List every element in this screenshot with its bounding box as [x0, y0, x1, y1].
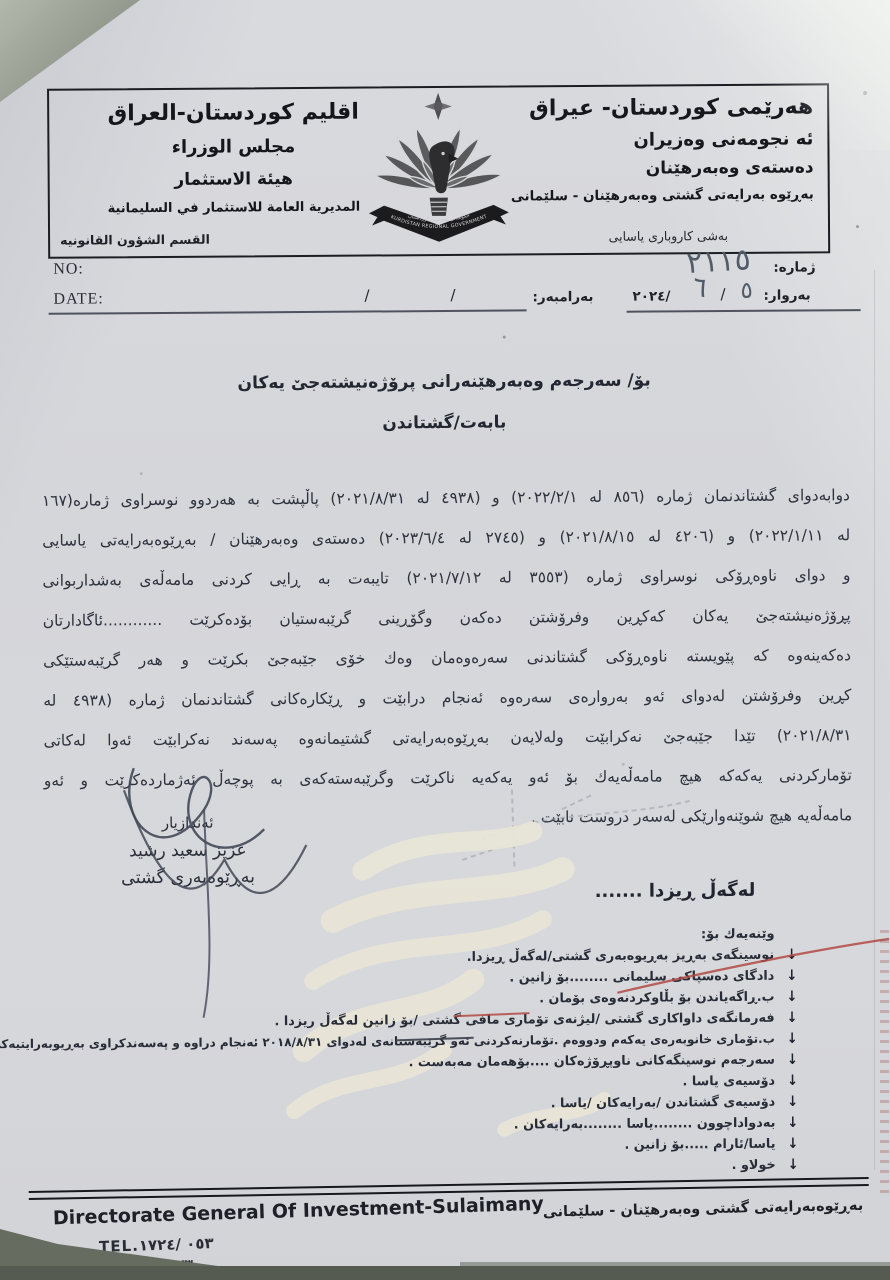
kurdish-legal-affairs-section: بەشی کاروباری یاسایی	[609, 228, 729, 244]
scanned-letter-photo: هەرێمی کوردستان- عیراق ئە نجومەنی وەزیرا…	[0, 0, 890, 1280]
footer-kurdish-name: بەڕێوەبەرایەتی گشتی وەبەرهێنان - سلێمانی	[543, 1198, 864, 1221]
slash-left-1: /	[364, 287, 369, 305]
date-blank-line	[49, 309, 527, 314]
copy-item-text: دۆسیەی گشتاندن /بەرایەکان /یاسا .	[551, 1095, 776, 1112]
body-line: پڕۆژەنیشتەجێ یەکان کەکڕین وفرۆشتن دەکەن …	[43, 595, 851, 641]
arabic-directorate-line: المديرية العامة للاستثمار في السليمانية	[64, 199, 404, 216]
red-pen-curve	[603, 929, 890, 1011]
date-slash: /	[720, 285, 725, 303]
scan-speck	[622, 763, 625, 766]
arrow-bullet-icon: ↓	[788, 1153, 799, 1176]
page-edge-marks	[880, 925, 889, 1193]
scan-speck	[503, 336, 506, 339]
arabic-legal-affairs-department: القسم الشؤون القانونيه	[60, 232, 210, 248]
background-floor-bottom	[0, 1266, 890, 1280]
arrow-bullet-icon: ↓	[787, 1049, 798, 1072]
date-label: DATE:	[53, 290, 103, 308]
tel-number: ٠٥٣ /١٧٢٤	[139, 1234, 214, 1254]
printed-year: /٢٠٢٤	[632, 288, 670, 304]
paper-fold-edge	[874, 270, 876, 1170]
arrow-bullet-icon: ↓	[787, 1007, 798, 1030]
barwar-label: بەروار:	[763, 287, 810, 303]
arabic-investment-board: هيئة الاستثمار	[64, 168, 404, 190]
scan-speck	[140, 472, 143, 475]
letterhead-arabic-column: اقليم كوردستان-العراق مجلس الوزراء هيئة …	[63, 99, 404, 216]
zhmara-label: ژمارە:	[773, 259, 815, 275]
slash-left-2: /	[450, 286, 455, 304]
subject-line: بابەت/گشتاندن	[0, 410, 889, 436]
body-line: دوابەدوای گشتاندنمان ژمارە (٨٥٦ لە ٢٠٢٢/…	[42, 475, 850, 521]
date-underline-right	[627, 309, 861, 312]
copy-item: ↓خولاو .	[0, 1155, 799, 1183]
body-line: کڕین وفرۆشتن لەدوای ئەو بەروارەی سەرەوە …	[43, 675, 851, 721]
body-line: لە ٢٠٢٢/١/١١) و (٤٢٠٦ لە ٢٠٢١/٨/١٥) و (٢…	[42, 515, 850, 561]
handwritten-day: ٥	[740, 278, 753, 304]
copy-item-text: یاسا/ئارام .....بۆ زانین .	[624, 1137, 775, 1153]
copy-item-text: دۆسیەی یاسا .	[682, 1074, 775, 1090]
arrow-bullet-icon: ↓	[787, 1028, 798, 1051]
arrow-bullet-icon: ↓	[787, 1069, 798, 1092]
arabic-region-title: اقليم كوردستان-العراق	[63, 99, 403, 126]
krg-eagle-emblem: حکومەتی هەرێمی کوردستان KURDISTAN REGION…	[362, 91, 515, 252]
copy-item-text: سەرجەم نوسینگەکانی ناوپڕۆژەکان ....بۆهەم…	[409, 1053, 775, 1071]
body-line: و دوای ناوەڕۆکی نوسراوی ژمارە (٣٥٥٣ لە ٢…	[42, 555, 850, 601]
scan-speck	[856, 225, 859, 228]
addressee-line: بۆ/ سەرجەم وەبەرهێنەرانی پرۆژەنیشتەجێ یە…	[0, 369, 889, 395]
regards-line: لەگەڵ ڕیزدا .......	[595, 880, 756, 902]
copy-item-text: بەدواداچوون ........یاسا ........بەرایەک…	[514, 1116, 776, 1133]
barambar-label: بەرامبەر:	[532, 289, 593, 305]
light-glare-top-right	[690, 0, 890, 150]
arrow-bullet-icon: ↓	[787, 1111, 798, 1134]
body-line: دەکەینەوە کە پێویستە ناوەڕۆکی گشتاندنی س…	[43, 635, 851, 681]
no-label: NO:	[53, 261, 84, 279]
copy-item-text: ب.تۆماری خانوبەرەی یەکەم ودووەم .تۆمارنە…	[0, 1032, 775, 1053]
arabic-council-of-ministers: مجلس الوزراء	[63, 135, 403, 158]
arrow-bullet-icon: ↓	[787, 1090, 798, 1113]
arrow-bullet-icon: ↓	[787, 1132, 798, 1155]
copy-item-text: خولاو .	[732, 1158, 776, 1173]
